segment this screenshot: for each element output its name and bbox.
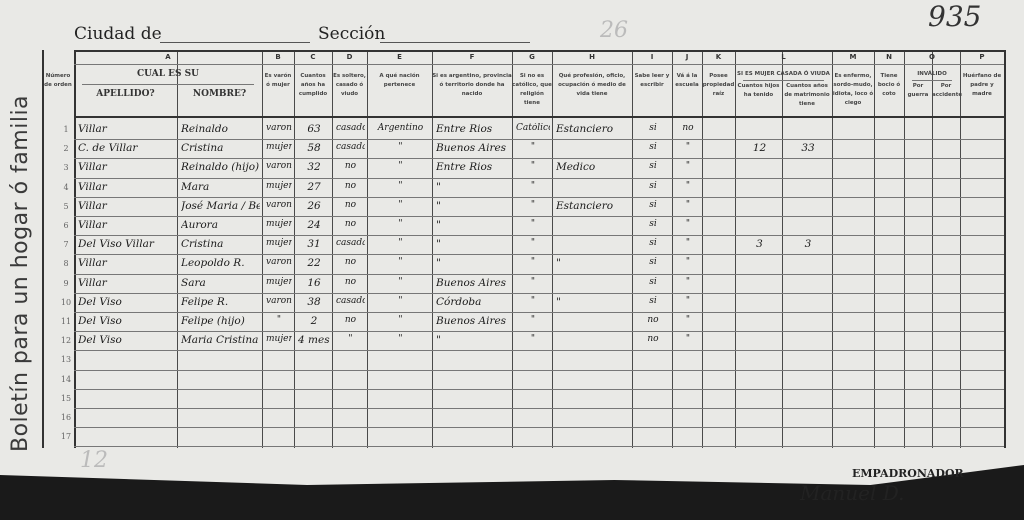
row-number: 12 [58, 336, 74, 345]
cell-edad: 58 [298, 142, 330, 154]
cell-edad: 27 [298, 181, 330, 193]
column-header-estado: Es soltero, casado ó viudo [332, 72, 367, 99]
cell-escuela: " [676, 181, 700, 191]
cell-religion: " [516, 238, 550, 248]
cell-sexo: mujer [266, 334, 292, 344]
cell-profesion: Medico [556, 161, 630, 173]
column-header-sexo: Es varón ó mujer [262, 72, 294, 90]
cell-nacion: " [371, 161, 430, 171]
header-top-rule [74, 50, 1004, 52]
cell-escuela: " [676, 315, 700, 325]
cell-sexo: varon [266, 161, 292, 171]
cell-sexo: mujer [266, 277, 292, 287]
row-rule [74, 254, 1004, 255]
row-number: 5 [58, 202, 74, 211]
seccion-blank-line [380, 42, 530, 43]
column-header-nacion: A qué nación pertenece [367, 72, 432, 90]
column-letter-a: A [74, 53, 262, 61]
cell-estado: no [336, 200, 365, 210]
cell-escuela: " [676, 277, 700, 287]
cell-nacion: " [371, 181, 430, 191]
row-rule [74, 293, 1004, 294]
cell-provincia: Entre Rios [436, 123, 510, 135]
column-letter-b: B [262, 53, 294, 61]
row-number: 3 [58, 163, 74, 172]
cell-apellido: Del Viso [78, 296, 175, 308]
cell-escuela: " [676, 257, 700, 267]
row-number: 6 [58, 221, 74, 230]
cell-apellido: Villar [78, 200, 175, 212]
cell-sexo: mujer [266, 181, 292, 191]
row-rule [74, 274, 1004, 275]
row-rule [74, 312, 1004, 313]
cell-nombre: Cristina [181, 238, 260, 250]
cell-leer: si [636, 142, 670, 152]
column-header-escuela: Vá á la escuela [672, 72, 702, 90]
cell-leer: si [636, 200, 670, 210]
cell-sexo: mujer [266, 238, 292, 248]
row-rule [74, 370, 1004, 371]
pencil-note-bottom: 12 [80, 448, 108, 473]
cell-provincia: " [436, 219, 510, 231]
column-divider [1004, 50, 1006, 448]
cell-apellido: Del Viso Villar [78, 238, 175, 250]
column-letter-m: M [832, 53, 874, 61]
group-mujer-casada: SI ES MUJER CASADA Ó VIUDA [735, 70, 832, 79]
cell-apellido: Villar [78, 123, 175, 135]
page-number: 935 [928, 0, 981, 33]
column-divider [42, 50, 44, 448]
column-header-enfermo: Es enfermo, sordo-mudo, idiota, loco ó c… [832, 72, 874, 108]
row-number: 16 [58, 413, 74, 422]
row-rule [74, 446, 1004, 447]
ciudad-label: Ciudad de [74, 24, 162, 44]
cell-provincia: Córdoba [436, 296, 510, 308]
cell-escuela: " [676, 161, 700, 171]
cell-edad: 24 [298, 219, 330, 231]
column-header-num: Número de orden [42, 72, 74, 90]
row-number: 2 [58, 144, 74, 153]
cell-sexo: varon [266, 123, 292, 133]
ciudad-blank-line [160, 42, 310, 43]
column-header-matrimonio: Cuantos años de matrimonio tiene [782, 82, 832, 109]
cell-estado: no [336, 315, 365, 325]
cell-edad: 38 [298, 296, 330, 308]
cell-leer: si [636, 277, 670, 287]
row-rule [74, 197, 1004, 198]
column-header-propiedad: Posee propiedad raíz [702, 72, 735, 99]
column-letter-c: C [294, 53, 332, 61]
cell-hijos: 3 [739, 238, 780, 250]
group-cual-es-su: CUAL ES SU [74, 70, 262, 79]
cell-religion: Católico [516, 123, 550, 133]
enumerator-label: EMPADRONADOR [852, 467, 964, 480]
cell-escuela: " [676, 142, 700, 152]
cell-apellido: Villar [78, 219, 175, 231]
column-header-inv_guerra: Por guerra [904, 82, 932, 100]
column-letter-o: O [904, 53, 960, 61]
row-number: 14 [58, 375, 74, 384]
cell-nacion: " [371, 142, 430, 152]
cell-leer: si [636, 257, 670, 267]
cell-provincia: Entre Rios [436, 161, 510, 173]
column-letter-i: I [632, 53, 672, 61]
column-letter-f: F [432, 53, 512, 61]
cell-edad: 63 [298, 123, 330, 135]
cell-escuela: " [676, 219, 700, 229]
pencil-note-top: 26 [600, 18, 628, 43]
cell-leer: si [636, 238, 670, 248]
cell-apellido: Del Viso [78, 334, 175, 346]
cell-leer: si [636, 219, 670, 229]
cell-nombre: Felipe (hijo) [181, 315, 260, 327]
cell-profesion: " [556, 296, 630, 308]
cell-apellido: C. de Villar [78, 142, 175, 154]
cell-estado: no [336, 181, 365, 191]
cell-apellido: Villar [78, 257, 175, 269]
cell-provincia: " [436, 238, 510, 250]
cell-leer: si [636, 296, 670, 306]
cell-nombre: Reinaldo (hijo) [181, 161, 260, 173]
row-number: 1 [58, 125, 74, 134]
census-table: ABCDEFGHIJKLMNOPNúmero de ordenAPELLIDO?… [42, 50, 1004, 448]
cell-religion: " [516, 277, 550, 287]
row-rule [74, 235, 1004, 236]
cell-estado: no [336, 161, 365, 171]
cell-escuela: " [676, 238, 700, 248]
column-header-apellido: APELLIDO? [74, 90, 177, 99]
header-bottom-rule [74, 116, 1004, 118]
row-rule [74, 350, 1004, 351]
cell-religion: " [516, 315, 550, 325]
cell-escuela: no [676, 123, 700, 133]
row-rule [74, 389, 1004, 390]
row-number: 10 [58, 298, 74, 307]
cell-nombre: Reinaldo [181, 123, 260, 135]
cell-edad: 2 [298, 315, 330, 327]
column-header-profesion: Qué profesión, oficio, ocupación ó medio… [552, 72, 632, 99]
row-rule [74, 408, 1004, 409]
cell-provincia: " [436, 257, 510, 269]
column-header-inv_accidente: Por accidente [932, 82, 960, 100]
cell-religion: " [516, 257, 550, 267]
column-header-hijos: Cuantos hijos ha tenido [735, 82, 782, 100]
cell-profesion: " [556, 257, 630, 269]
column-letter-k: K [702, 53, 735, 61]
column-header-leer: Sabe leer y escribir [632, 72, 672, 90]
cell-estado: no [336, 277, 365, 287]
cell-estado: no [336, 257, 365, 267]
cell-apellido: Del Viso [78, 315, 175, 327]
cell-leer: no [636, 334, 670, 344]
form-side-title: Boletín para un hogar ó familia [8, 95, 33, 452]
cell-nacion: " [371, 219, 430, 229]
cell-nacion: " [371, 200, 430, 210]
cell-leer: si [636, 161, 670, 171]
group-invalido: INVÁLIDO [904, 70, 960, 79]
row-rule [74, 178, 1004, 179]
cell-nombre: Leopoldo R. [181, 257, 260, 269]
cell-religion: " [516, 219, 550, 229]
column-letter-h: H [552, 53, 632, 61]
cell-escuela: " [676, 296, 700, 306]
row-number: 7 [58, 240, 74, 249]
cell-nacion: " [371, 296, 430, 306]
group-mujer-casada-underline [743, 80, 824, 81]
cell-leer: si [636, 181, 670, 191]
cell-religion: " [516, 181, 550, 191]
cell-apellido: Villar [78, 161, 175, 173]
row-number: 11 [58, 317, 74, 326]
cell-sexo: mujer [266, 142, 292, 152]
cell-nombre: Aurora [181, 219, 260, 231]
cell-estado: casado [336, 123, 365, 133]
cell-leer: no [636, 315, 670, 325]
cell-nacion: " [371, 257, 430, 267]
row-rule [74, 216, 1004, 217]
cell-nombre: José Maria / Bernardino [181, 200, 260, 212]
row-rule [74, 331, 1004, 332]
cell-provincia: Buenos Aires [436, 142, 510, 154]
cell-religion: " [516, 334, 550, 344]
cell-sexo: mujer [266, 219, 292, 229]
cell-edad: 4 meses [298, 334, 330, 346]
column-header-nombre: NOMBRE? [177, 90, 262, 99]
cell-nombre: Mara [181, 181, 260, 193]
column-letter-j: J [672, 53, 702, 61]
cell-estado: no [336, 219, 365, 229]
cell-escuela: " [676, 200, 700, 210]
cell-edad: 16 [298, 277, 330, 289]
cell-hijos: 12 [739, 142, 780, 154]
cell-provincia: Buenos Aires [436, 277, 510, 289]
column-header-huerfano: Huérfano de padre y madre [960, 72, 1004, 99]
row-number: 13 [58, 355, 74, 364]
cell-edad: 32 [298, 161, 330, 173]
column-letter-d: D [332, 53, 367, 61]
cell-edad: 31 [298, 238, 330, 250]
row-number: 4 [58, 183, 74, 192]
cell-religion: " [516, 142, 550, 152]
cell-provincia: " [436, 334, 510, 346]
cell-estado: casada [336, 142, 365, 152]
row-number: 15 [58, 394, 74, 403]
column-letter-l: L [735, 53, 832, 61]
group-cual-es-su-underline [82, 84, 254, 85]
column-header-religion: Si no es católico, que religión tiene [512, 72, 552, 108]
column-letter-p: P [960, 53, 1004, 61]
row-number: 8 [58, 259, 74, 268]
cell-matrimonio: 3 [786, 238, 830, 250]
cell-sexo: " [266, 315, 292, 325]
cell-nombre: Felipe R. [181, 296, 260, 308]
column-header-bocio: Tiene bocio ó coto [874, 72, 904, 99]
cell-sexo: varon [266, 257, 292, 267]
cell-sexo: varon [266, 200, 292, 210]
cell-provincia: " [436, 200, 510, 212]
cell-apellido: Villar [78, 181, 175, 193]
row-rule [74, 427, 1004, 428]
column-letter-e: E [367, 53, 432, 61]
row-rule [74, 139, 1004, 140]
cell-profesion: Estanciero [556, 200, 630, 212]
cell-nacion: Argentino [371, 123, 430, 133]
cell-nacion: " [371, 238, 430, 248]
seccion-label: Sección [318, 24, 385, 44]
cell-profesion: Estanciero [556, 123, 630, 135]
cell-nacion: " [371, 315, 430, 325]
row-rule [74, 158, 1004, 159]
cell-provincia: Buenos Aires [436, 315, 510, 327]
cell-apellido: Villar [78, 277, 175, 289]
cell-sexo: varon [266, 296, 292, 306]
row-number: 9 [58, 279, 74, 288]
letter-row-rule [74, 64, 1004, 65]
column-letter-g: G [512, 53, 552, 61]
enumerator-signature: Manuel D. [800, 481, 904, 505]
cell-edad: 26 [298, 200, 330, 212]
cell-nacion: " [371, 277, 430, 287]
cell-estado: casado [336, 296, 365, 306]
column-header-provincia: Si es argentino, provincia ó territorio … [432, 72, 512, 99]
cell-religion: " [516, 200, 550, 210]
group-invalido-underline [912, 80, 952, 81]
cell-estado: " [336, 334, 365, 344]
cell-provincia: " [436, 181, 510, 193]
cell-religion: " [516, 161, 550, 171]
cell-leer: si [636, 123, 670, 133]
cell-nombre: Maria Cristina [181, 334, 260, 346]
cell-religion: " [516, 296, 550, 306]
cell-estado: casada [336, 238, 365, 248]
row-number: 17 [58, 432, 74, 441]
cell-escuela: " [676, 334, 700, 344]
cell-nombre: Sara [181, 277, 260, 289]
column-letter-n: N [874, 53, 904, 61]
cell-nacion: " [371, 334, 430, 344]
column-header-edad: Cuantos años ha cumplido [294, 72, 332, 99]
cell-edad: 22 [298, 257, 330, 269]
cell-nombre: Cristina [181, 142, 260, 154]
cell-matrimonio: 33 [786, 142, 830, 154]
